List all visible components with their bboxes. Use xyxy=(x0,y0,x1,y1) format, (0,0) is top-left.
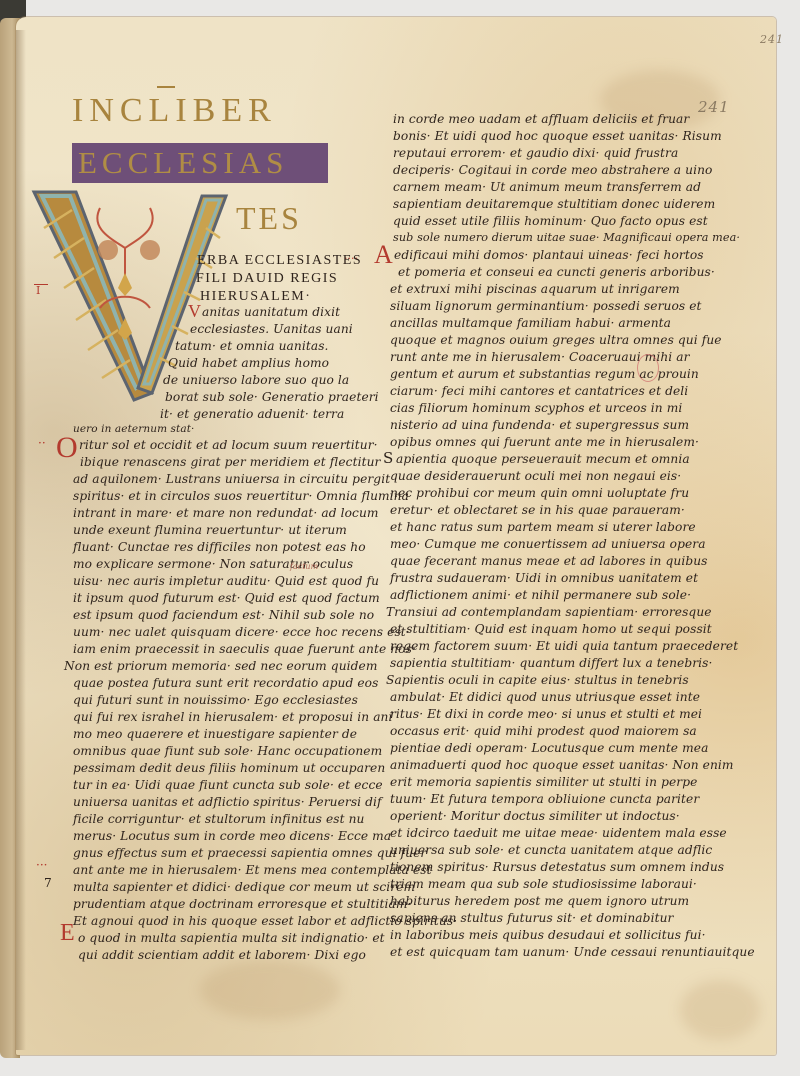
interlinear-gloss: factum xyxy=(290,562,318,571)
text-line: Quid habet amplius homo xyxy=(168,356,329,370)
text-line: pientiae dedi operam· Locutusque cum men… xyxy=(390,741,708,755)
rubric-initial: E xyxy=(60,920,75,947)
text-line: o quod in multa sapientia multa sit indi… xyxy=(78,931,385,945)
parchment-hole-mark xyxy=(637,354,659,382)
marginal-section-mark: I xyxy=(36,284,40,297)
text-line: sub sole numero dierum uitae suae· Magni… xyxy=(393,231,740,244)
text-line: opibus omnes qui fuerunt ante me in hier… xyxy=(390,435,699,449)
text-line: edificaui mihi domos· plantaui uineas· f… xyxy=(394,248,704,262)
text-line: et stultitiam· Quid est inquam homo ut s… xyxy=(390,622,712,636)
text-line: ritus· Et dixi in corde meo· si unus et … xyxy=(390,707,702,721)
text-line: nisterio ad uina fundenda· et supergress… xyxy=(390,418,689,432)
text-line: tionem spiritus· Rursus detestatus sum o… xyxy=(390,860,724,874)
book-title-continuation: TES xyxy=(236,200,302,237)
text-line: prudentiam atque doctrinam erroresque et… xyxy=(73,897,411,911)
text-line: spiritus· et in circulos suos reuertitur… xyxy=(73,489,409,503)
text-line: pessimam dedit deus filiis hominum ut oc… xyxy=(73,761,385,775)
text-line: quid esset utile filiis hominum· Quo fac… xyxy=(393,214,708,228)
text-line: iam enim praecessit in saeculis quae fue… xyxy=(73,642,416,656)
text-line: siluam lignorum germinantium· possedi se… xyxy=(390,299,702,313)
text-line: eretur· et oblectaret se in his quae par… xyxy=(390,503,685,517)
text-line: uniuersa sub sole· et cuncta uanitatem a… xyxy=(390,843,712,857)
text-line: tuum· Et futura tempora obliuione cuncta… xyxy=(390,792,699,806)
text-line: in corde meo uadam et affluam deliciis e… xyxy=(393,112,689,126)
text-line: sapiens an stultus futurus sit· et domin… xyxy=(390,911,673,925)
text-line: est ipsum quod faciendum est· Nihil sub … xyxy=(73,608,374,622)
text-line: operient· Moritur doctus similiter ut in… xyxy=(390,809,680,823)
text-line: ecclesiastes. Uanitas uani xyxy=(190,322,353,336)
text-line: regem factorem suum· Et uidi quia tantum… xyxy=(390,639,738,653)
text-line: FILI DAUID REGIS xyxy=(196,271,338,287)
text-line: ad aquilonem· Lustrans uniuersa in circu… xyxy=(73,472,390,486)
text-line: adflictionem animi· et nihil permanere s… xyxy=(390,588,691,602)
text-line: in laboribus meis quibus desudaui et sol… xyxy=(390,928,706,942)
text-line: omnibus quae fiunt sub sole· Hanc occupa… xyxy=(73,744,382,758)
text-line: intrant in mare· et mare non redundat· a… xyxy=(73,506,379,520)
text-line: merus· Locutus sum in corde meo dicens· … xyxy=(73,829,391,843)
marginal-mark-line xyxy=(34,284,48,285)
book-title: ECCLESIAS xyxy=(78,145,288,181)
text-line: apientia quoque perseuerauit mecum et om… xyxy=(396,452,690,466)
text-line: ciarum· feci mihi cantores et cantatrice… xyxy=(390,384,688,398)
text-line: Sapientis oculi in capite eius· stultus … xyxy=(386,673,689,687)
text-line: et hanc ratus sum partem meam si uterer … xyxy=(390,520,696,534)
text-line: qui futuri sunt in nouissimo· Ego eccles… xyxy=(73,693,358,707)
text-line: occasus erit· quid mihi prodest quod mai… xyxy=(390,724,697,738)
section-initial: S xyxy=(383,449,393,467)
text-line: et pomeria et conseui ea cuncti generis … xyxy=(398,265,715,279)
text-line: uniuersa uanitas et adflictio spiritus· … xyxy=(73,795,382,809)
text-line: qui fui rex israhel in hierusalem· et pr… xyxy=(73,710,393,724)
text-line: quae fecerant manus meae et ad labores i… xyxy=(390,554,708,568)
text-line: Non est priorum memoria· sed nec eorum q… xyxy=(64,659,378,673)
text-line: et est quicquam tam uanum· Unde cessaui … xyxy=(390,945,755,959)
text-line: et idcirco taeduit me uitae meae· uident… xyxy=(390,826,727,840)
text-line: ficile corriguntur· et stultorum infinit… xyxy=(73,812,365,826)
marginal-dots: ··· xyxy=(36,858,47,872)
text-line: ibique renascens girat per meridiem et f… xyxy=(80,455,380,469)
text-line: habiturus heredem post me quem ignoro ut… xyxy=(390,894,689,908)
text-line: triam meam qua sub sole studiosissime la… xyxy=(390,877,697,891)
text-line: qui addit scientiam addit et laborem· Di… xyxy=(78,948,366,962)
text-line: fluant· Cunctae res difficiles non potes… xyxy=(73,540,366,554)
text-line: gnus effectus sum et praecessi sapientia… xyxy=(73,846,426,860)
text-line: animaduerti quod hoc quoque esset uanita… xyxy=(390,758,734,772)
rubric-initial: A xyxy=(374,240,393,270)
text-line: sapientiam deuitaremque stultitiam donec… xyxy=(393,197,715,211)
text-line: frustra sudaueram· Uidi in omnibus uanit… xyxy=(390,571,698,585)
text-line: multa sapienter et didici· dedique cor m… xyxy=(73,880,415,894)
text-line: uero in aeternum stat· xyxy=(73,423,194,435)
text-line: HIERUSALEM· xyxy=(200,289,311,305)
text-line: cias filiorum hominum scyphos et urceos … xyxy=(390,401,682,415)
text-line: erit memoria sapientis similiter ut stul… xyxy=(390,775,697,789)
text-line: et extruxi mihi piscinas aquarum ut inri… xyxy=(390,282,680,296)
rubric-initial: V xyxy=(188,301,201,322)
text-line: quae desiderauerunt oculi mei non negaui… xyxy=(390,469,681,483)
text-line: tur in ea· Uidi quae fiunt cuncta sub so… xyxy=(73,778,383,792)
text-line: tatum· et omnia uanitas. xyxy=(175,339,329,353)
text-line: uisu· nec auris impletur auditu· Quid es… xyxy=(73,574,379,588)
text-line: deciperis· Cogitaui in corde meo abstrah… xyxy=(393,163,712,177)
incipit-heading: INCLIBER xyxy=(72,92,277,130)
text-line: ritur sol et occidit et ad locum suum re… xyxy=(79,438,378,452)
rubric-initial: O xyxy=(56,431,78,465)
text-line: bonis· Et uidi quod hoc quoque esset uan… xyxy=(393,129,722,143)
text-line: ERBA ECCLESIASTES xyxy=(197,253,362,269)
text-line: sapientia stultitiam· quantum differt lu… xyxy=(390,656,713,670)
text-line: unde exeunt flumina reuertuntur· ut iter… xyxy=(73,523,347,537)
marginal-dots: ·· xyxy=(38,436,46,450)
parchment-stain xyxy=(680,980,760,1040)
abbreviation-mark xyxy=(157,86,175,88)
text-line: reputaui errorem· et gaudio dixi· quid f… xyxy=(393,146,678,160)
text-line: ancillas multamque familiam habui· armen… xyxy=(390,316,671,330)
text-line: ambulat· Et didici quod unus utriusque e… xyxy=(390,690,700,704)
text-line: ant ante me in hierusalem· Et mens mea c… xyxy=(73,863,432,877)
text-line: mo meo quaerere et inuestigare sapienter… xyxy=(73,727,357,741)
text-line: meo· Cumque me conuertissem ad uniuersa … xyxy=(390,537,706,551)
page-gutter-shadow xyxy=(16,30,26,1050)
text-line: quae postea futura sunt erit recordatio … xyxy=(73,676,378,690)
text-line: nec prohibui cor meum quin omni uoluptat… xyxy=(390,486,689,500)
text-line: anitas uanitatum dixit xyxy=(202,305,340,319)
text-line: carnem meam· Ut animum meum transferrem … xyxy=(393,180,701,194)
parchment-stain xyxy=(200,960,340,1020)
text-line: de uniuerso labore suo quo la xyxy=(163,373,349,387)
text-line: Transiui ad contemplandam sapientiam· er… xyxy=(386,605,712,619)
folio-number-margin: 241 xyxy=(698,98,730,116)
text-line: it· et generatio aduenit· terra xyxy=(160,407,344,421)
text-line: borat sub sole· Generatio praeteri xyxy=(165,390,379,404)
marginal-mark: 7 xyxy=(44,876,52,890)
text-line: quoque et magnos ouium greges ultra omne… xyxy=(390,333,722,347)
folio-number-corner: 241 xyxy=(760,33,784,46)
text-line: uum· nec ualet quisquam dicere· ecce hoc… xyxy=(73,625,410,639)
text-line: it ipsum quod futurum est· Quid est quod… xyxy=(73,591,380,605)
